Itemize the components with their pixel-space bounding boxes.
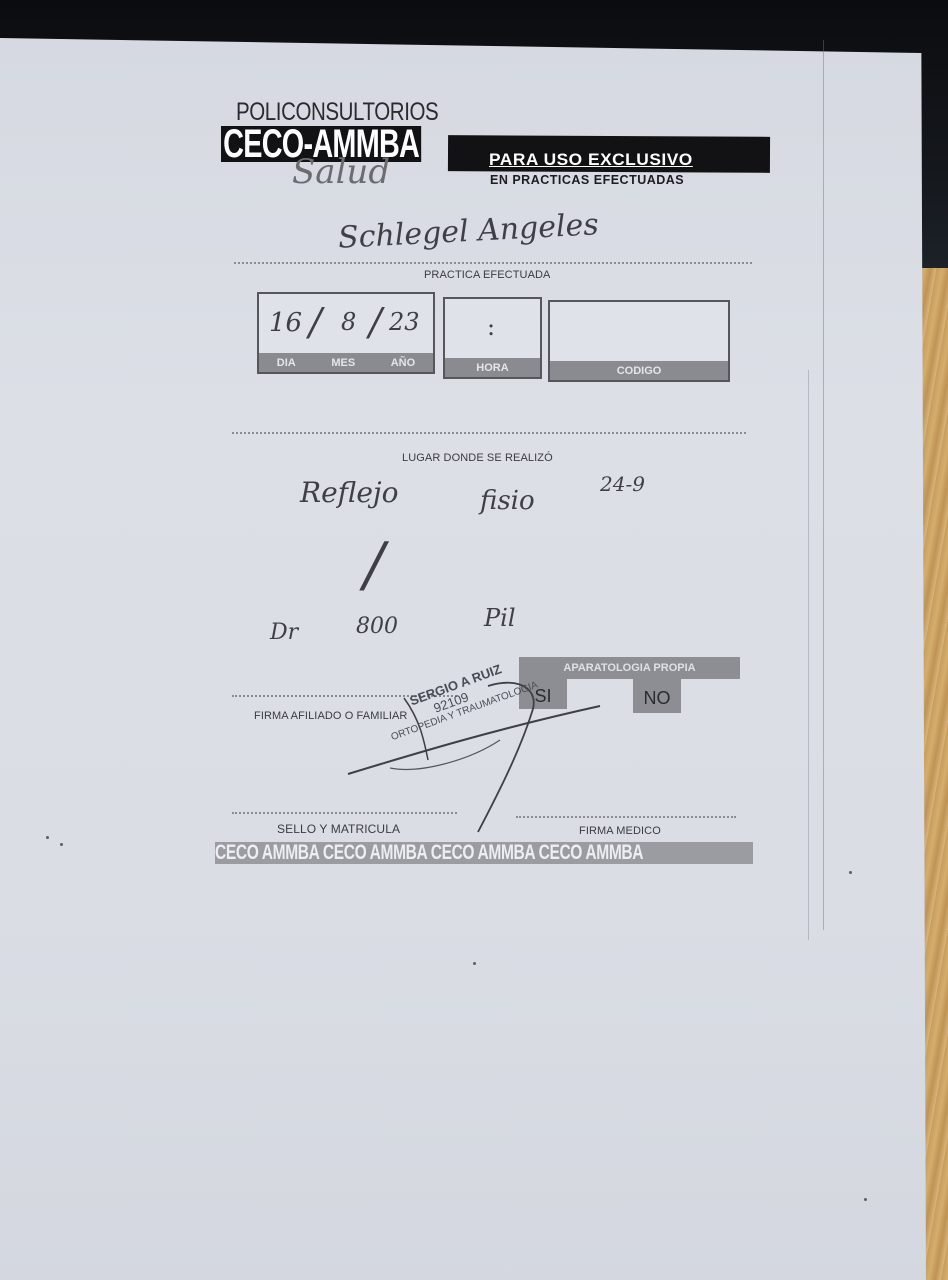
- footer-brand-text: CECO AMMBA CECO AMMBA CECO AMMBA CECO AM…: [215, 842, 643, 864]
- seal-label: SELLO Y MATRICULA: [277, 822, 400, 836]
- doctor-dotted-line: [516, 816, 736, 818]
- paper-speck: [473, 962, 476, 965]
- paper-speck: [849, 871, 852, 874]
- footer-brand-band: CECO AMMBA CECO AMMBA CECO AMMBA CECO AM…: [215, 842, 753, 864]
- voucher-form: POLICONSULTORIOS CECO-AMMBA Salud PARA U…: [0, 0, 948, 1280]
- paper-speck: [60, 843, 63, 846]
- paper-speck: [46, 836, 49, 839]
- paper-speck: [864, 1198, 867, 1201]
- doctor-signature-label: FIRMA MEDICO: [579, 825, 661, 837]
- seal-dotted-line: [232, 812, 457, 814]
- doctor-signature-strokes: [0, 0, 948, 1280]
